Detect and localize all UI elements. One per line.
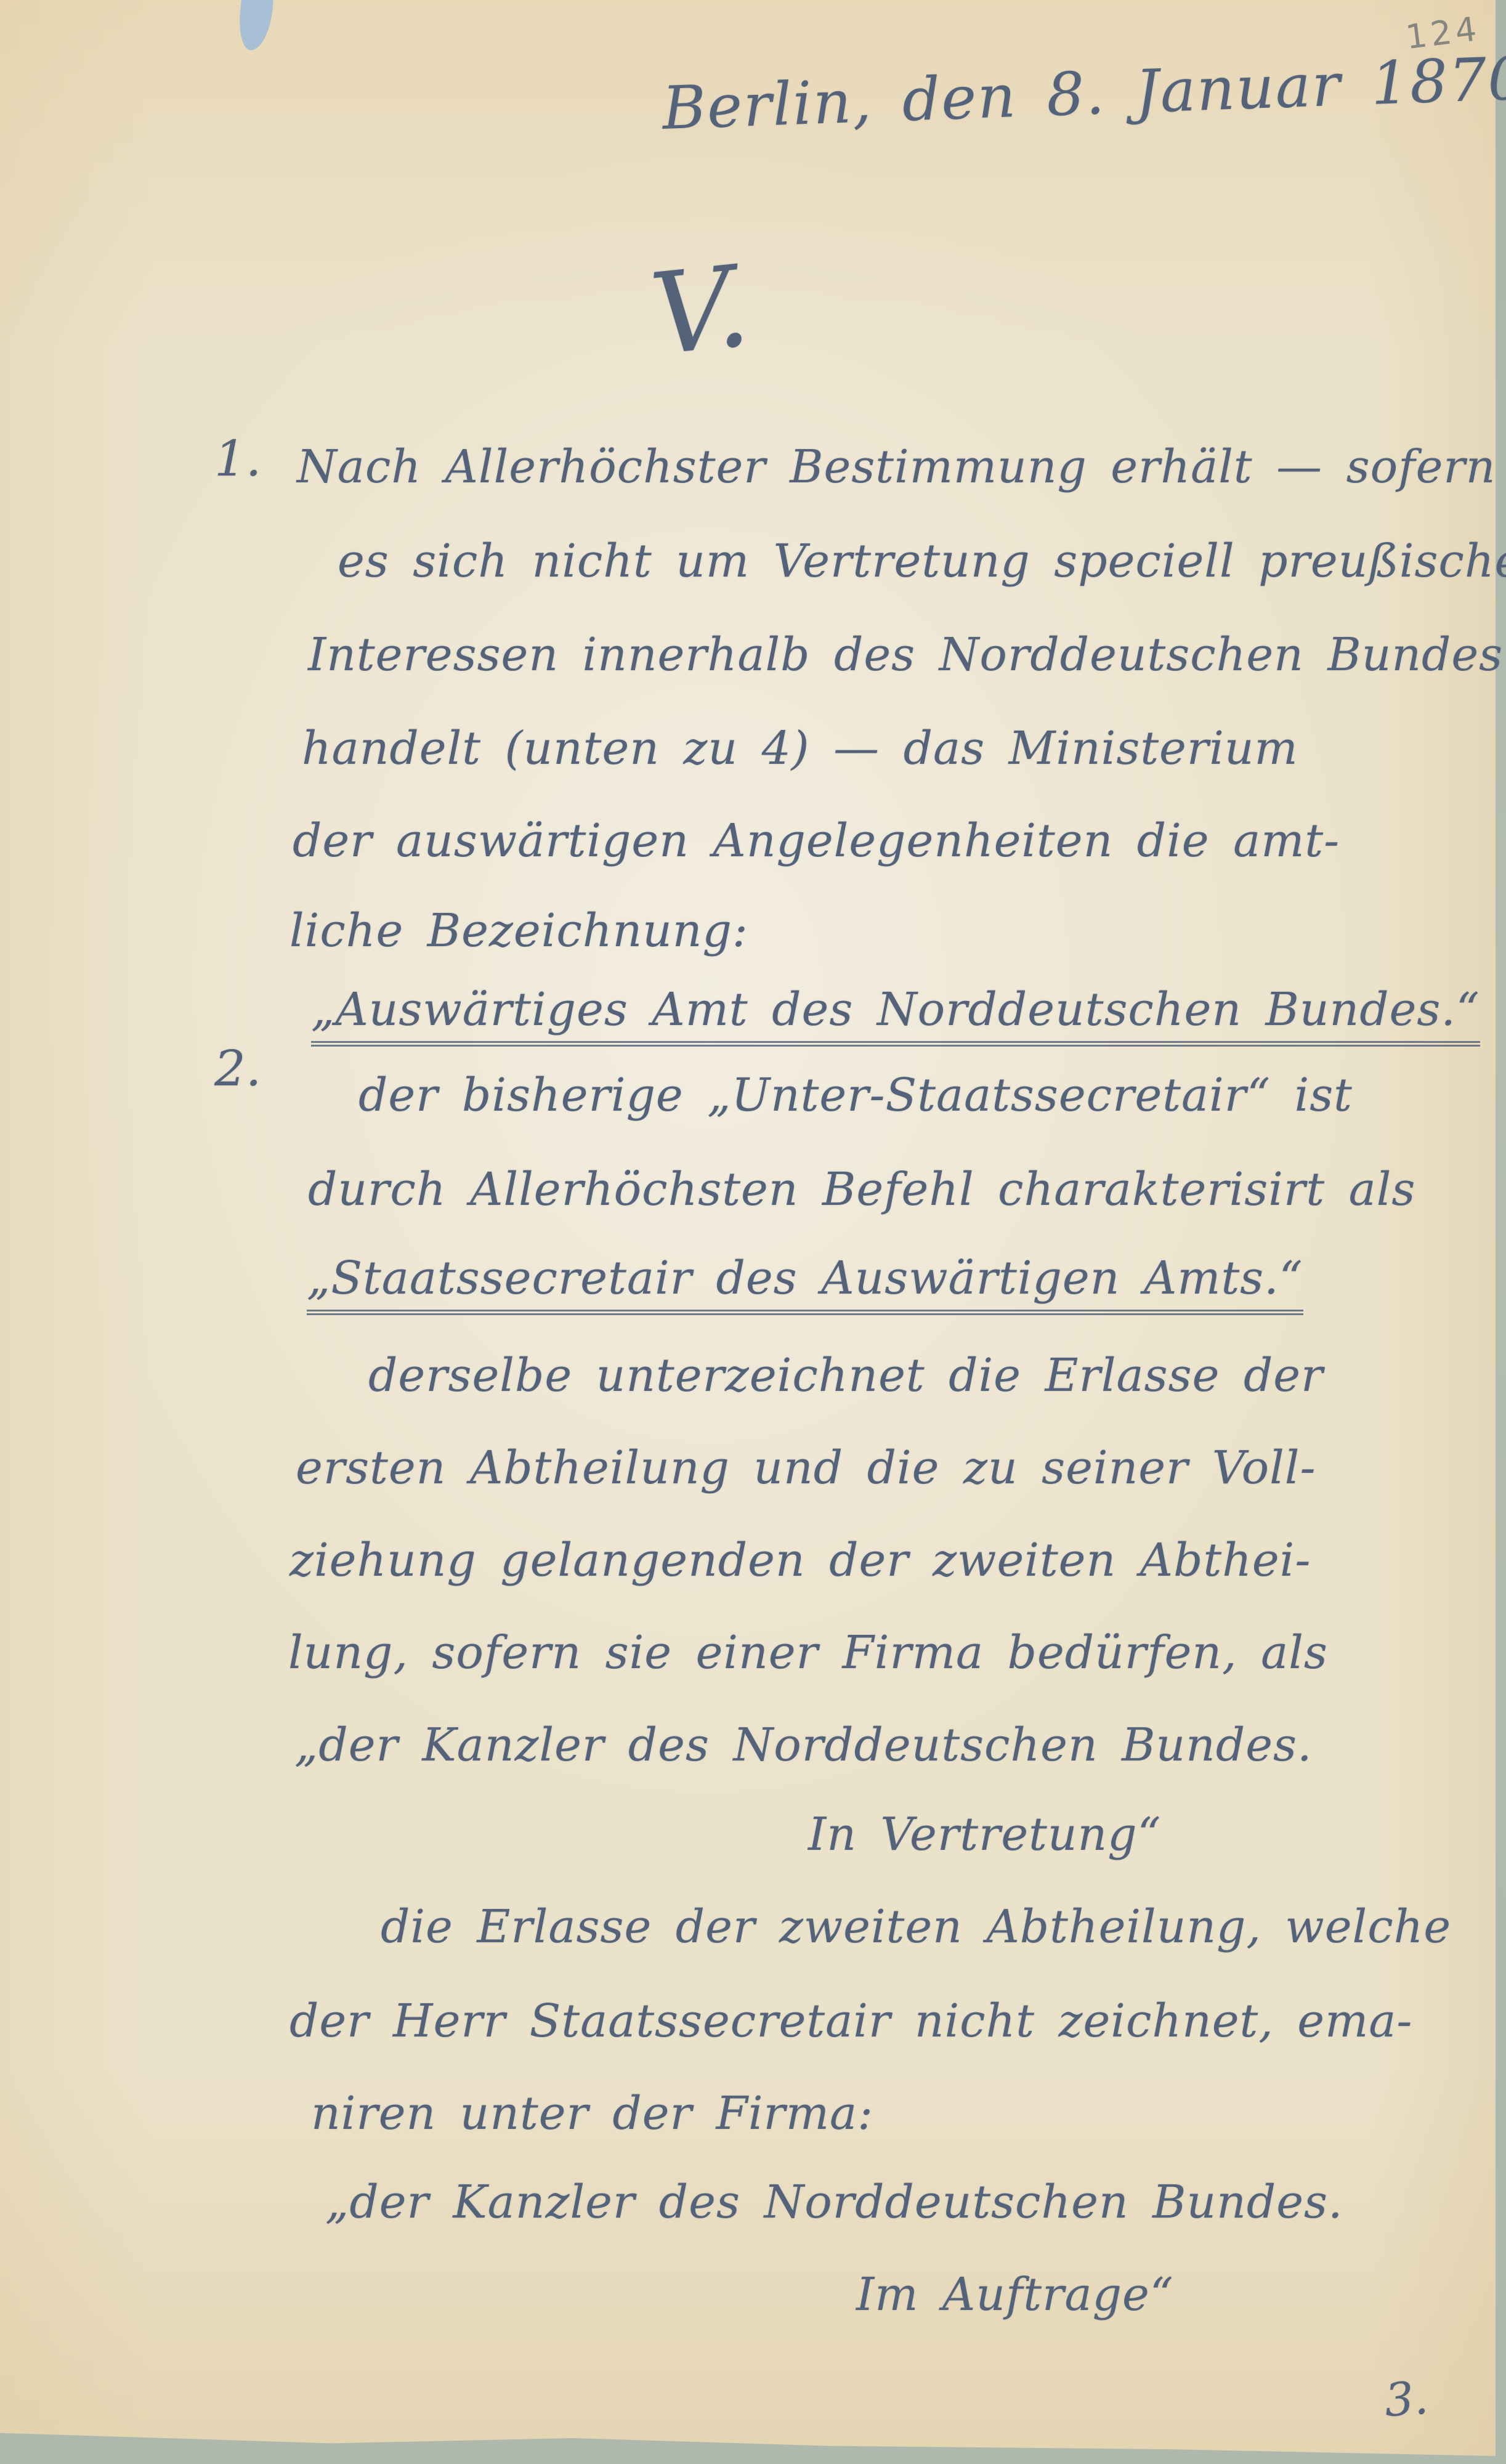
- text-line: Im Auftrage“: [856, 2268, 1174, 2321]
- text-line: „der Kanzler des Norddeutschen Bundes.: [325, 2176, 1343, 2229]
- text-line: Nach Allerhöchster Bestimmung erhält — s…: [297, 440, 1496, 493]
- manuscript-page: 124 Berlin, den 8. Januar 1870. V. 1. 2.…: [0, 0, 1506, 2464]
- text-line: durch Allerhöchsten Befehl charakterisir…: [308, 1163, 1415, 1216]
- text-line-underlined: „Staatssecretair des Auswärtigen Amts.“: [307, 1252, 1303, 1315]
- text-line: derselbe unterzeichnet die Erlasse der: [368, 1349, 1323, 1402]
- catchword: 3.: [1383, 2372, 1430, 2428]
- scan-backing-bottom-edge: [0, 2421, 1506, 2464]
- document-mark: V.: [645, 240, 755, 380]
- text-line-underlined: „Auswärtiges Amt des Norddeutschen Bunde…: [311, 983, 1480, 1047]
- text-line: der Herr Staatssecretair nicht zeichnet,…: [289, 1995, 1412, 2048]
- text-line: die Erlasse der zweiten Abtheilung, welc…: [381, 1900, 1451, 1953]
- text-line: niren unter der Firma:: [311, 2087, 873, 2140]
- scan-backing-right-edge: [1496, 0, 1506, 2464]
- text-line: lung, sofern sie einer Firma bedürfen, a…: [288, 1626, 1328, 1679]
- paper-defect-mark: [237, 0, 274, 52]
- text-line: In Vertretung“: [808, 1808, 1161, 1861]
- item-number-2: 2.: [214, 1040, 261, 1097]
- item-number-1: 1.: [214, 430, 261, 487]
- text-line: ersten Abtheilung und die zu seiner Voll…: [296, 1441, 1316, 1494]
- text-line: der bisherige „Unter-Staatssecretair“ is…: [358, 1069, 1353, 1122]
- text-line: der auswärtigen Angelegenheiten die amt-: [293, 814, 1340, 867]
- dateline: Berlin, den 8. Januar 1870.: [661, 43, 1506, 143]
- text-line: Interessen innerhalb des Norddeutschen B…: [308, 628, 1503, 681]
- text-line: ziehung gelangenden der zweiten Abthei-: [289, 1534, 1311, 1587]
- text-line: handelt (unten zu 4) — das Ministerium: [302, 722, 1298, 775]
- text-line: „der Kanzler des Norddeutschen Bundes.: [294, 1719, 1312, 1772]
- text-line: es sich nicht um Vertretung speciell pre…: [338, 535, 1506, 588]
- text-line: liche Bezeichnung:: [289, 904, 748, 957]
